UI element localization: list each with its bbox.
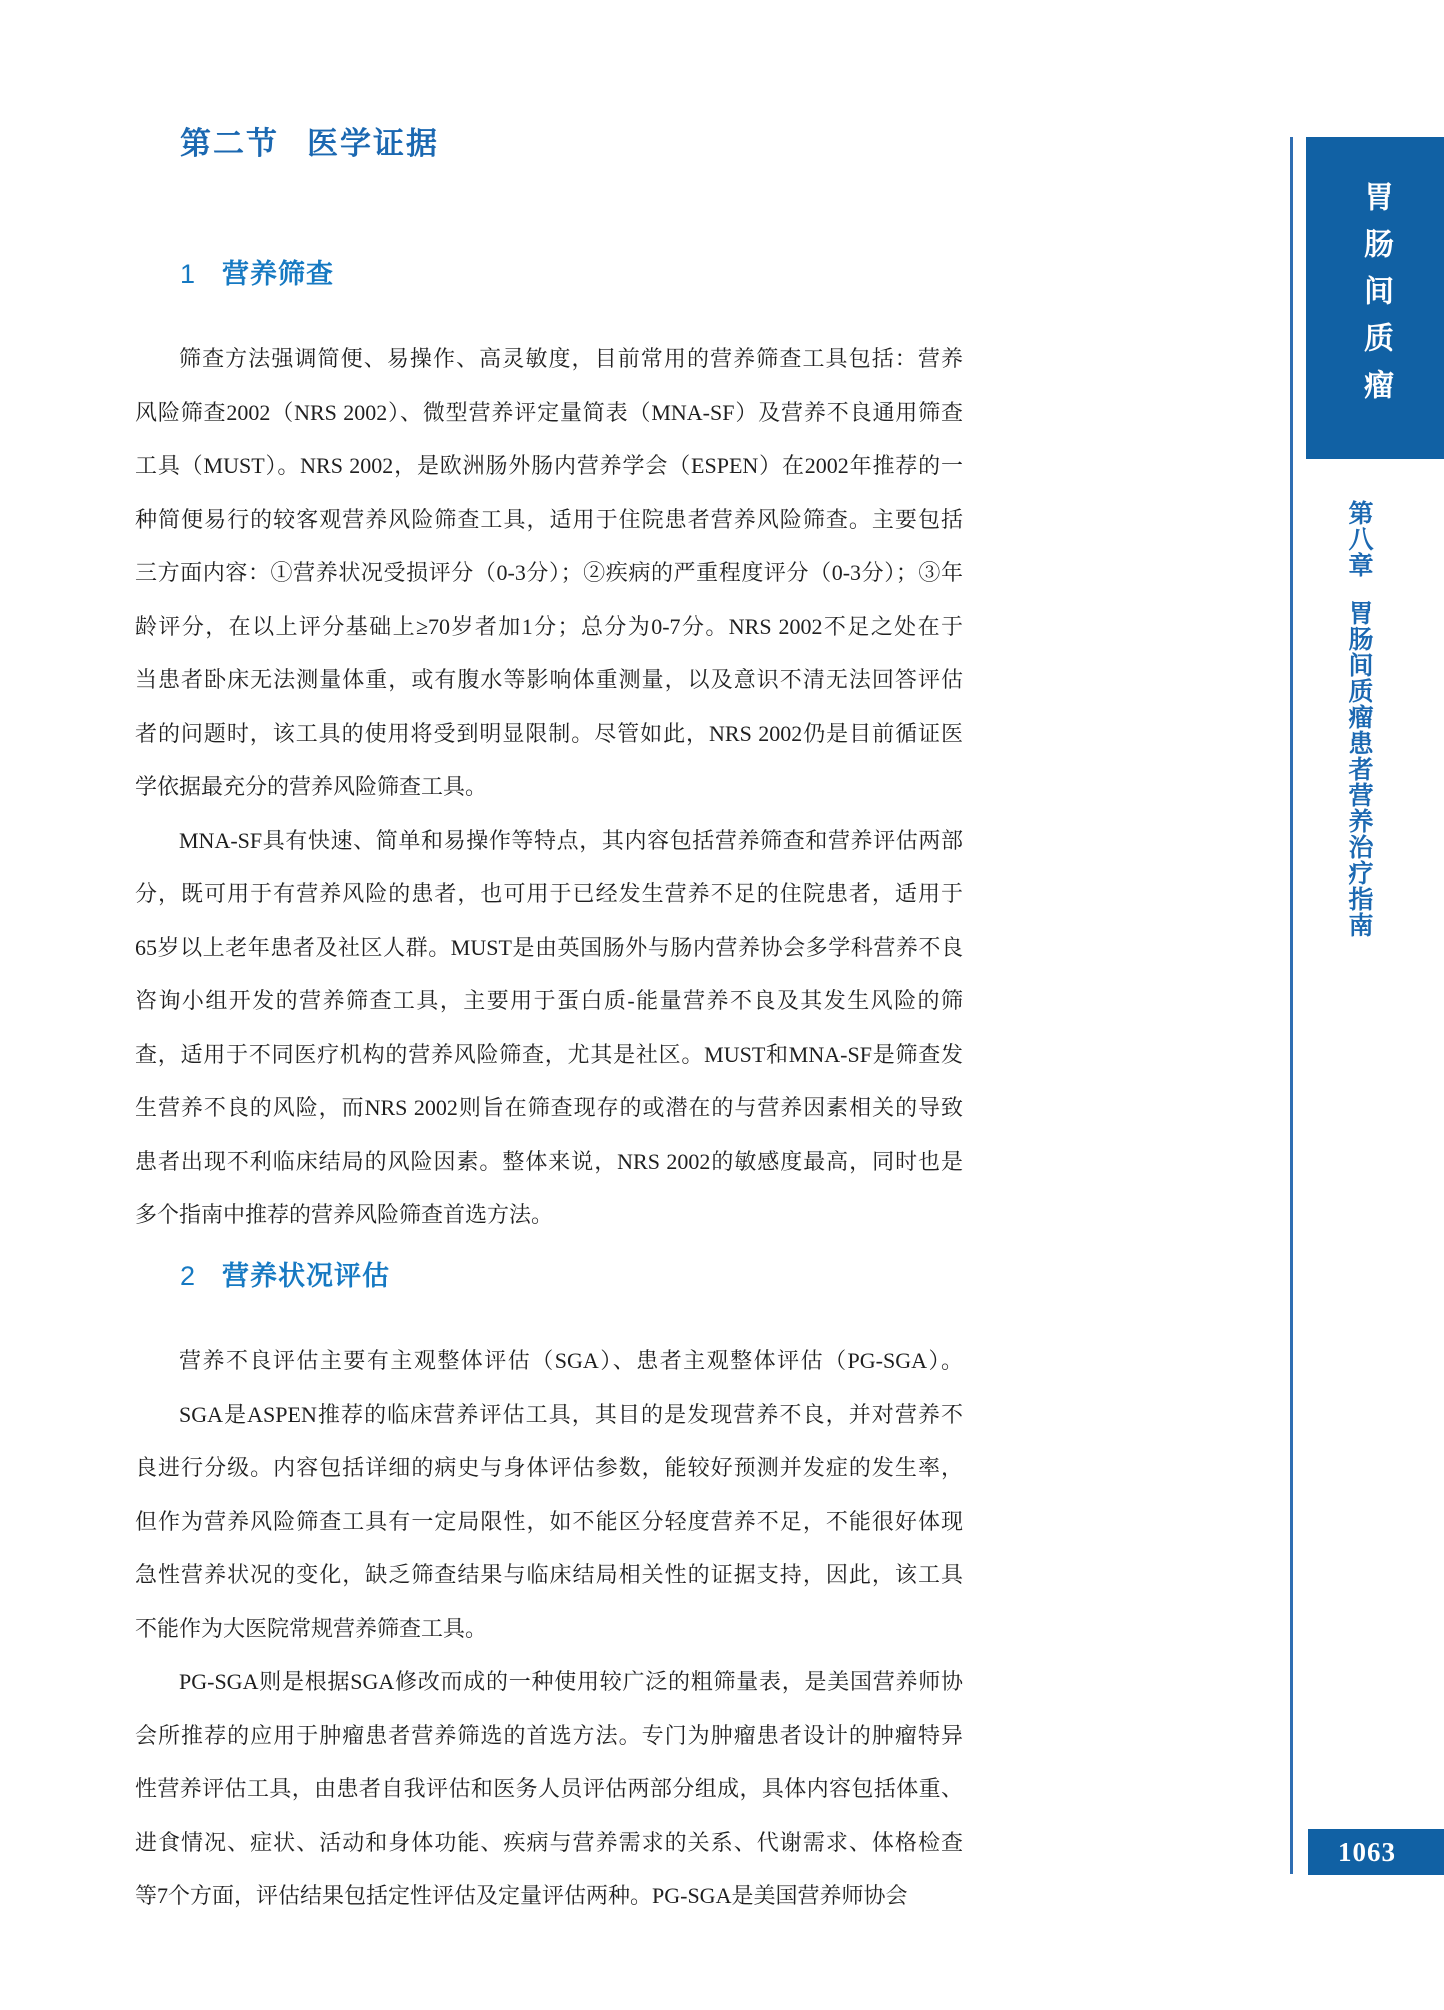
subheading-number: 1 bbox=[180, 259, 196, 289]
chapter-title-label: 胃肠间质瘤患者营养治疗指南 bbox=[1345, 600, 1372, 938]
text-line: 咨询小组开发的营养筛查工具，主要用于蛋白质-能量营养不良及其发生风险的筛 bbox=[135, 974, 963, 1028]
chapter-tab-label: 胃肠间质瘤 bbox=[1353, 181, 1397, 416]
section-title-text: 医学证据 bbox=[307, 126, 439, 161]
subheading-title: 营养筛查 bbox=[222, 259, 334, 289]
section-2-body: 营养不良评估主要有主观整体评估（SGA）、患者主观整体评估（PG-SGA）。SG… bbox=[135, 1334, 963, 1923]
text-line: 患者出现不利临床结局的风险因素。整体来说，NRS 2002的敏感度最高，同时也是 bbox=[135, 1135, 963, 1189]
text-line: 65岁以上老年患者及社区人群。MUST是由英国肠外与肠内营养协会多学科营养不良 bbox=[135, 921, 963, 975]
text-line: 三方面内容：①营养状况受损评分（0-3分）；②疾病的严重程度评分（0-3分）；③… bbox=[135, 546, 963, 600]
page-number: 1063 bbox=[1338, 1837, 1414, 1868]
text-line: 多个指南中推荐的营养风险筛查首选方法。 bbox=[135, 1188, 963, 1242]
text-line: 查，适用于不同医疗机构的营养风险筛查，尤其是社区。MUST和MNA-SF是筛查发 bbox=[135, 1028, 963, 1082]
text-line: 不能作为大医院常规营养筛查工具。 bbox=[135, 1602, 963, 1656]
subheading-nutrition-screening: 1营养筛查 bbox=[180, 252, 334, 291]
text-line: 生营养不良的风险，而NRS 2002则旨在筛查现存的或潜在的与营养因素相关的导致 bbox=[135, 1081, 963, 1135]
text-line: 分，既可用于有营养风险的患者，也可用于已经发生营养不足的住院患者，适用于 bbox=[135, 867, 963, 921]
text-line: MNA-SF具有快速、简单和易操作等特点，其内容包括营养筛查和营养评估两部 bbox=[135, 814, 963, 868]
paragraph: MNA-SF具有快速、简单和易操作等特点，其内容包括营养筛查和营养评估两部分，既… bbox=[135, 814, 963, 1242]
text-line: 会所推荐的应用于肿瘤患者营养筛选的首选方法。专门为肿瘤患者设计的肿瘤特异 bbox=[135, 1709, 963, 1763]
text-line: 龄评分，在以上评分基础上≥70岁者加1分；总分为0-7分。NRS 2002不足之… bbox=[135, 600, 963, 654]
text-line: PG-SGA则是根据SGA修改而成的一种使用较广泛的粗筛量表，是美国营养师协 bbox=[135, 1655, 963, 1709]
chapter-tab: 胃肠间质瘤 bbox=[1306, 137, 1444, 459]
subheading-number: 2 bbox=[180, 1261, 196, 1291]
paragraph: 营养不良评估主要有主观整体评估（SGA）、患者主观整体评估（PG-SGA）。 bbox=[135, 1334, 963, 1388]
sidebar-rule bbox=[1290, 137, 1293, 1874]
text-line: 良进行分级。内容包括详细的病史与身体评估参数，能较好预测并发症的发生率， bbox=[135, 1441, 963, 1495]
subheading-title: 营养状况评估 bbox=[222, 1261, 390, 1291]
text-line: 但作为营养风险筛查工具有一定局限性，如不能区分轻度营养不足，不能很好体现 bbox=[135, 1495, 963, 1549]
text-line: 营养不良评估主要有主观整体评估（SGA）、患者主观整体评估（PG-SGA）。 bbox=[135, 1334, 963, 1388]
page-title: 第二节医学证据 bbox=[180, 118, 439, 163]
text-line: 性营养评估工具，由患者自我评估和医务人员评估两部分组成，具体内容包括体重、 bbox=[135, 1762, 963, 1816]
paragraph: SGA是ASPEN推荐的临床营养评估工具，其目的是发现营养不良，并对营养不良进行… bbox=[135, 1388, 963, 1656]
text-line: 进食情况、症状、活动和身体功能、疾病与营养需求的关系、代谢需求、体格检查 bbox=[135, 1816, 963, 1870]
text-line: 种简便易行的较客观营养风险筛查工具，适用于住院患者营养风险筛查。主要包括 bbox=[135, 493, 963, 547]
page-number-box: 1063 bbox=[1308, 1829, 1444, 1875]
paragraph: 筛查方法强调简便、易操作、高灵敏度，目前常用的营养筛查工具包括：营养风险筛查20… bbox=[135, 332, 963, 814]
text-line: 筛查方法强调简便、易操作、高灵敏度，目前常用的营养筛查工具包括：营养 bbox=[135, 332, 963, 386]
text-line: SGA是ASPEN推荐的临床营养评估工具，其目的是发现营养不良，并对营养不 bbox=[135, 1388, 963, 1442]
text-line: 等7个方面，评估结果包括定性评估及定量评估两种。PG-SGA是美国营养师协会 bbox=[135, 1869, 963, 1923]
text-line: 当患者卧床无法测量体重，或有腹水等影响体重测量，以及意识不清无法回答评估 bbox=[135, 653, 963, 707]
subheading-nutrition-assessment: 2营养状况评估 bbox=[180, 1254, 390, 1293]
text-line: 风险筛查2002（NRS 2002）、微型营养评定量简表（MNA-SF）及营养不… bbox=[135, 386, 963, 440]
book-page: 第二节医学证据 1营养筛查 筛查方法强调简便、易操作、高灵敏度，目前常用的营养筛… bbox=[0, 0, 1444, 2010]
text-line: 学依据最充分的营养风险筛查工具。 bbox=[135, 760, 963, 814]
chapter-running-title: 第八章胃肠间质瘤患者营养治疗指南 bbox=[1340, 500, 1376, 1600]
section-1-body: 筛查方法强调简便、易操作、高灵敏度，目前常用的营养筛查工具包括：营养风险筛查20… bbox=[135, 332, 963, 1242]
text-line: 工具（MUST）。NRS 2002，是欧洲肠外肠内营养学会（ESPEN）在200… bbox=[135, 439, 963, 493]
section-label: 第二节 bbox=[180, 126, 279, 161]
text-line: 急性营养状况的变化，缺乏筛查结果与临床结局相关性的证据支持，因此，该工具 bbox=[135, 1548, 963, 1602]
text-line: 者的问题时，该工具的使用将受到明显限制。尽管如此，NRS 2002仍是目前循证医 bbox=[135, 707, 963, 761]
paragraph: PG-SGA则是根据SGA修改而成的一种使用较广泛的粗筛量表，是美国营养师协会所… bbox=[135, 1655, 963, 1923]
chapter-number-label: 第八章 bbox=[1345, 500, 1372, 578]
